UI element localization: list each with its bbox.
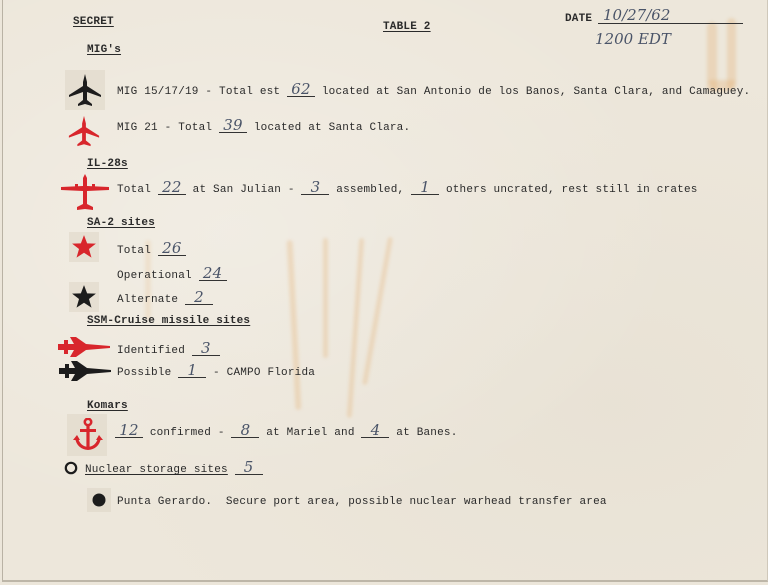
handwritten-count: 39 [219, 118, 247, 133]
document-page: SECRET TABLE 2 DATE 10/27/62 1200 EDT MI… [2, 0, 768, 582]
date-label: DATE [565, 13, 592, 25]
row-label: Operational [117, 270, 192, 282]
row-suffix: others uncrated, rest still in crates [446, 184, 698, 196]
handwritten-count: 8 [231, 423, 259, 438]
black-jet-icon [67, 73, 103, 107]
ssm-row-possible: Possible 1 - CAMPO Florida [117, 363, 315, 379]
row-label: MIG 15/17/19 - Total est [117, 86, 280, 98]
time-value: 1200 EDT [595, 30, 671, 48]
handwritten-count: 3 [192, 341, 220, 356]
ssm-row-identified: Identified 3 [117, 341, 220, 357]
row-suffix: at Banes. [396, 427, 457, 439]
sa2-row-total: Total 26 [117, 241, 186, 257]
date-value: 10/27/62 [603, 6, 670, 24]
row-text: at San Julian - [193, 184, 295, 196]
section-heading-migs: MIG's [87, 44, 121, 56]
row-label: MIG 21 - Total [117, 122, 212, 134]
red-star-icon [71, 234, 97, 260]
row-text: confirmed - [150, 427, 225, 439]
row-text: at Mariel and [266, 427, 354, 439]
handwritten-count: 1 [411, 180, 439, 195]
il28-row: Total 22 at San Julian - 3 assembled, 1 … [117, 180, 698, 196]
migs-row-1: MIG 15/17/19 - Total est 62 located at S… [117, 82, 750, 98]
row-label: Identified [117, 345, 185, 357]
handwritten-count: 3 [301, 180, 329, 195]
table-title: TABLE 2 [383, 21, 431, 33]
section-heading-komars: Komars [87, 400, 128, 412]
stain [287, 240, 302, 410]
red-anchor-icon [73, 418, 103, 452]
row-text: assembled, [336, 184, 404, 196]
section-heading-ssm: SSM-Cruise missile sites [87, 315, 250, 327]
handwritten-count: 12 [115, 423, 143, 438]
section-heading-il28: IL-28s [87, 158, 128, 170]
stain [362, 237, 393, 386]
black-missile-icon [57, 360, 113, 382]
black-star-icon [71, 284, 97, 310]
classification-label: SECRET [73, 16, 114, 28]
row-label: Possible [117, 367, 171, 379]
row-label: Total [117, 184, 151, 196]
handwritten-count: 24 [199, 266, 227, 281]
row-suffix: - CAMPO Florida [213, 367, 315, 379]
section-heading-sa2: SA-2 sites [87, 217, 155, 229]
red-missile-icon [56, 336, 112, 358]
black-dot-icon [92, 493, 106, 507]
row-suffix: located at San Antonio de los Banos, San… [322, 86, 750, 98]
handwritten-count: 2 [185, 290, 213, 305]
section-heading-nuclear: Nuclear storage sites [85, 464, 228, 476]
red-jet-icon [67, 114, 101, 148]
handwritten-count: 22 [158, 180, 186, 195]
row-label: Total [117, 245, 151, 257]
stain [347, 238, 365, 418]
sa2-row-alternate: Alternate 2 [117, 290, 213, 306]
open-circle-icon [64, 461, 78, 475]
handwritten-count: 5 [235, 460, 263, 475]
red-bomber-icon [59, 174, 111, 212]
komars-row: 12 confirmed - 8 at Mariel and 4 at Bane… [115, 423, 458, 439]
sa2-row-operational: Operational 24 [117, 266, 227, 282]
handwritten-count: 4 [361, 423, 389, 438]
row-label: Alternate [117, 294, 178, 306]
nuclear-row: Nuclear storage sites 5 [85, 460, 263, 476]
handwritten-count: 62 [287, 82, 315, 97]
handwritten-count: 1 [178, 363, 206, 378]
handwritten-count: 26 [158, 241, 186, 256]
nuclear-site-text: Punta Gerardo. Secure port area, possibl… [117, 496, 607, 508]
row-suffix: located at Santa Clara. [254, 122, 410, 134]
migs-row-2: MIG 21 - Total 39 located at Santa Clara… [117, 118, 410, 134]
stain [323, 238, 328, 358]
